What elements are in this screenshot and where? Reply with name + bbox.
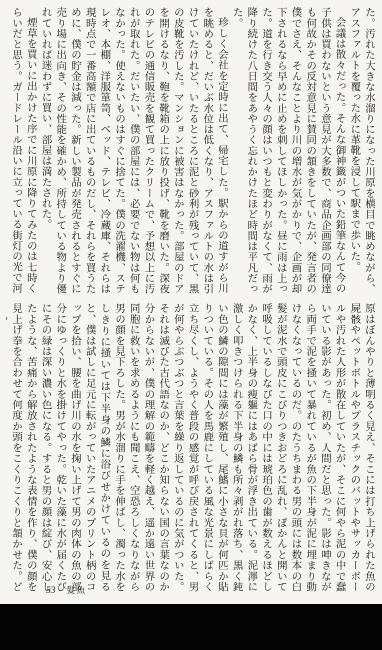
page-footer: 53 髪魚 (46, 584, 87, 596)
text-block-bottom: 原はぼんやりと薄明るく見え、そこには打ち上げられた魚の屍骸やペットボトルやプラス… (6, 303, 375, 592)
paragraph: 会議は散々だった。そんな御神籤がついた鉛筆なんて今の子供は買わないという意見が大… (228, 7, 346, 294)
scanned-book-page: た。汚れた大きな水溜りになった川原を横目で眺めながら、アスファルトを覆った水に革… (0, 0, 382, 650)
scan-black-bar (0, 604, 382, 650)
paragraph: 珍しく会社を定時に出て、帰宅した。駅からの道すがら川を眺めると、だいぶ水位は低く… (37, 7, 228, 294)
page-number: 53 (46, 586, 56, 596)
paragraph: 原はぼんやりと薄明るく見え、そこには打ち上げられた魚の屍骸やペットボトルやプラス… (6, 303, 375, 592)
paragraph: た。汚れた大きな水溜りになった川原を横目で眺めながら、アスファルトを覆った水に革… (346, 7, 375, 294)
chapter-title: 髪魚 (67, 584, 87, 596)
paragraph: 煙草を買いに出かけた序でに川原に降りてみたのは七時くらいだと思う。ガードレール沿… (7, 7, 36, 294)
text-block-top: た。汚れた大きな水溜りになった川原を横目で眺めながら、アスファルトを覆った水に革… (6, 7, 375, 294)
